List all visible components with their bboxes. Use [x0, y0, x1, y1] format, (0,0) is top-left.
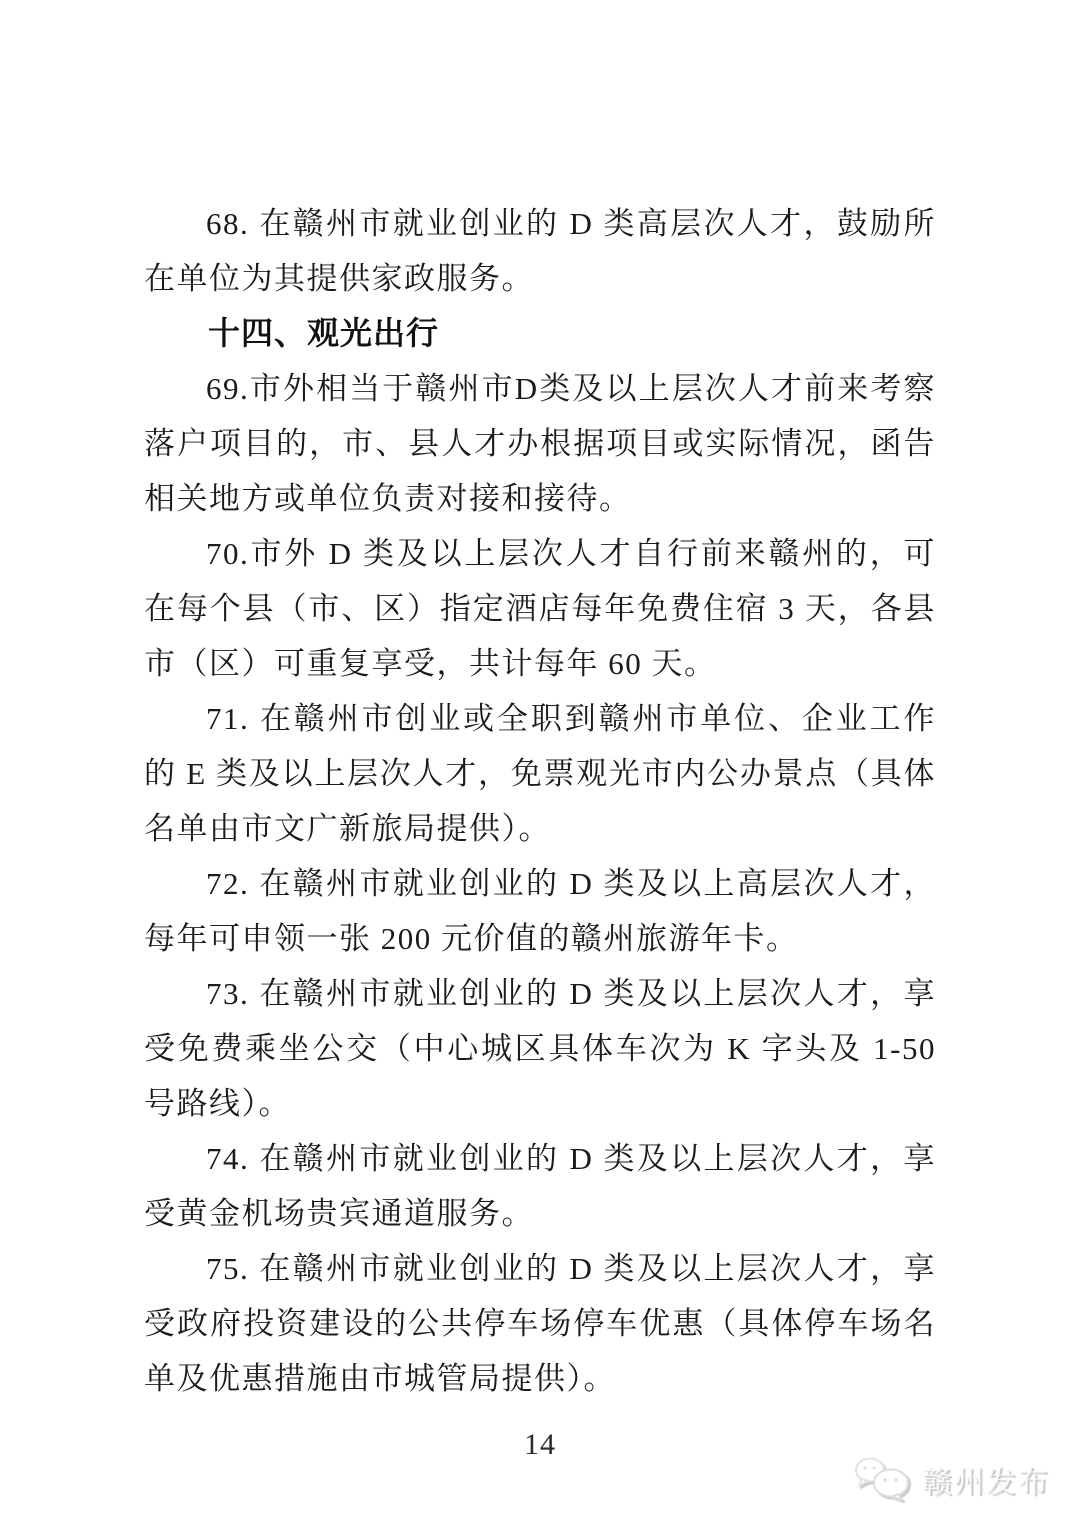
watermark-label: 赣州发布 [922, 1457, 1050, 1501]
publisher-watermark: 赣州发布 [854, 1457, 1050, 1501]
page-number: 14 [524, 1428, 556, 1461]
paragraph-70: 70.市外 D 类及以上层次人才自行前来赣州的，可在每个县（市、区）指定酒店每年… [144, 526, 936, 691]
paragraph-73: 73. 在赣州市就业创业的 D 类及以上层次人才，享受免费乘坐公交（中心城区具体… [144, 966, 936, 1131]
wechat-bubbles-icon [854, 1457, 912, 1501]
document-page: { "document": { "paragraphs": [ { "type"… [0, 0, 1080, 1527]
document-body: 68. 在赣州市就业创业的 D 类高层次人才，鼓励所在单位为其提供家政服务。 十… [144, 196, 936, 1406]
paragraph-72: 72. 在赣州市就业创业的 D 类及以上高层次人才，每年可申领一张 200 元价… [144, 856, 936, 966]
paragraph-75: 75. 在赣州市就业创业的 D 类及以上层次人才，享受政府投资建设的公共停车场停… [144, 1241, 936, 1406]
paragraph-68: 68. 在赣州市就业创业的 D 类高层次人才，鼓励所在单位为其提供家政服务。 [144, 196, 936, 306]
paragraph-69: 69.市外相当于赣州市D类及以上层次人才前来考察落户项目的，市、县人才办根据项目… [144, 361, 936, 526]
section-heading-14: 十四、观光出行 [144, 306, 936, 361]
paragraph-71: 71. 在赣州市创业或全职到赣州市单位、企业工作的 E 类及以上层次人才，免票观… [144, 691, 936, 856]
paragraph-74: 74. 在赣州市就业创业的 D 类及以上层次人才，享受黄金机场贵宾通道服务。 [144, 1131, 936, 1241]
